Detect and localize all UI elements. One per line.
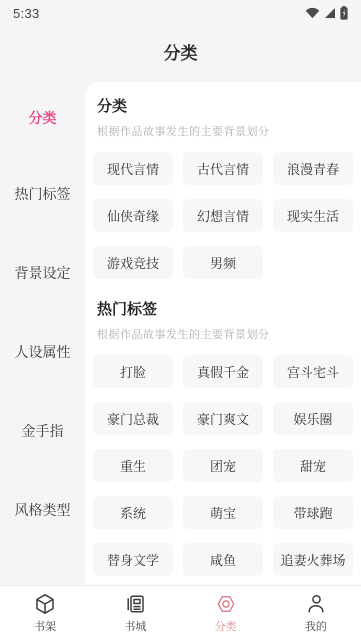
tag-chip[interactable]: 甜宠 [273, 449, 353, 482]
tag-chip[interactable]: 真假千金 [183, 355, 263, 388]
tag-chip[interactable]: 游戏竞技 [93, 246, 173, 279]
tag-chip[interactable]: 萌宝 [183, 496, 263, 529]
app-screen: 5:33 分类 分类 热门标签 背景设定 人设属性 金 [0, 0, 361, 641]
wifi-icon [305, 7, 320, 19]
sidebar: 分类 热门标签 背景设定 人设属性 金手指 风格类型 [0, 82, 85, 585]
sidebar-item-character[interactable]: 人设属性 [0, 312, 85, 391]
status-bar: 5:33 [0, 0, 361, 26]
nav-label: 分类 [215, 618, 237, 634]
sidebar-item-hot-tags[interactable]: 热门标签 [0, 154, 85, 233]
sidebar-item-style[interactable]: 风格类型 [0, 470, 85, 549]
nav-item-profile[interactable]: 我的 [271, 586, 361, 641]
status-time: 5:33 [13, 6, 40, 21]
section-title: 分类 [97, 95, 353, 116]
tag-chip[interactable]: 重生 [93, 449, 173, 482]
tag-chip[interactable]: 系统 [93, 496, 173, 529]
nav-label: 书架 [34, 618, 56, 634]
content-panel: 分类 根据作品故事发生的主要背景划分 现代言情古代言情浪漫青春仙侠奇缘幻想言情现… [85, 82, 361, 585]
bookshelf-cube-icon [33, 592, 57, 616]
bottom-nav: 书架 书城 分类 [0, 585, 361, 641]
tag-chip[interactable]: 娱乐圈 [273, 402, 353, 435]
tag-chip[interactable]: 仙侠奇缘 [93, 199, 173, 232]
tag-chip[interactable]: 豪门总裁 [93, 402, 173, 435]
tag-chip[interactable]: 豪门爽文 [183, 402, 263, 435]
section-subtitle: 根据作品故事发生的主要背景划分 [97, 123, 353, 139]
section-subtitle: 根据作品故事发生的主要背景划分 [97, 326, 353, 342]
sidebar-item-background[interactable]: 背景设定 [0, 233, 85, 312]
section-title: 热门标签 [97, 298, 353, 319]
nav-item-bookstore[interactable]: 书城 [90, 586, 180, 641]
battery-charging-icon [340, 6, 348, 20]
page-title: 分类 [0, 26, 361, 82]
tag-chip[interactable]: 现代言情 [93, 152, 173, 185]
tag-chip[interactable]: 幻想言情 [183, 199, 263, 232]
tag-chip[interactable]: 宫斗宅斗 [273, 355, 353, 388]
sidebar-item-golden-finger[interactable]: 金手指 [0, 391, 85, 470]
bookstore-icon [123, 592, 147, 616]
tag-chip[interactable]: 带球跑 [273, 496, 353, 529]
signal-icon [324, 7, 336, 19]
tag-chip[interactable]: 打脸 [93, 355, 173, 388]
nav-label: 书城 [124, 618, 146, 634]
tag-chip[interactable]: 替身文学 [93, 543, 173, 576]
tag-chip[interactable]: 咸鱼 [183, 543, 263, 576]
tag-chip[interactable]: 追妻火葬场 [273, 543, 353, 576]
tag-chip[interactable]: 团宠 [183, 449, 263, 482]
sidebar-item-categories[interactable]: 分类 [0, 82, 85, 154]
profile-person-icon [304, 592, 328, 616]
nav-item-bookshelf[interactable]: 书架 [0, 586, 90, 641]
category-hexagon-icon [214, 592, 238, 616]
tag-chip[interactable]: 男频 [183, 246, 263, 279]
tag-chip[interactable]: 古代言情 [183, 152, 263, 185]
nav-label: 我的 [305, 618, 327, 634]
tag-grid-categories: 现代言情古代言情浪漫青春仙侠奇缘幻想言情现实生活游戏竞技男频 [93, 152, 353, 279]
tag-grid-hot-tags: 打脸真假千金宫斗宅斗豪门总裁豪门爽文娱乐圈重生团宠甜宠系统萌宝带球跑替身文学咸鱼… [93, 355, 353, 576]
tag-chip[interactable]: 现实生活 [273, 199, 353, 232]
body: 分类 热门标签 背景设定 人设属性 金手指 风格类型 分类 根据作品故事发生的主… [0, 82, 361, 585]
nav-item-categories[interactable]: 分类 [181, 586, 271, 641]
status-icons [305, 6, 348, 20]
tag-chip[interactable]: 浪漫青春 [273, 152, 353, 185]
